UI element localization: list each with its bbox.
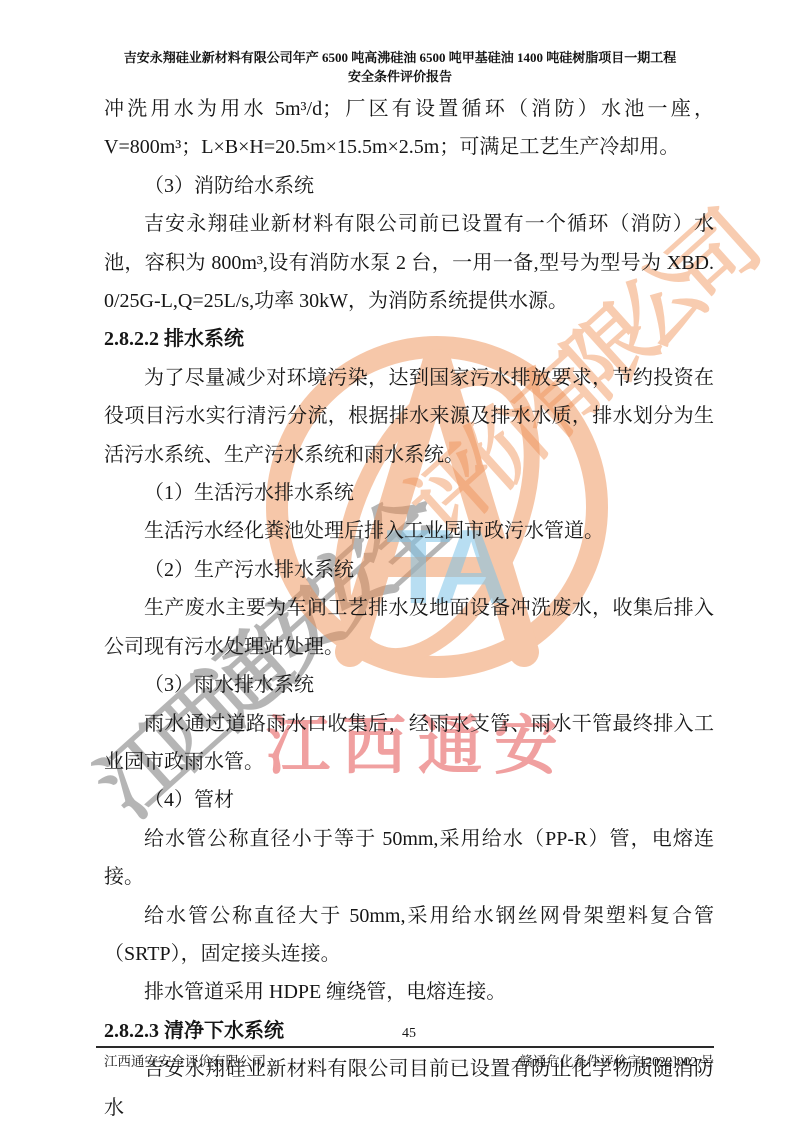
paragraph: 吉安永翔硅业新材料有限公司前已设置有一个循环（消防）水池，容积为 800m³,设… [104, 205, 714, 320]
paragraph: 为了尽量减少对环境污染，达到国家污水排放要求，节约投资在役项目污水实行清污分流，… [104, 359, 714, 474]
paragraph: 雨水通过道路雨水口收集后，经雨水支管、雨水干管最终排入工业园市政雨水管。 [104, 705, 714, 782]
header-project-title: 吉安永翔硅业新材料有限公司年产 6500 吨高沸硅油 6500 吨甲基硅油 14… [60, 48, 740, 67]
paragraph: 冲洗用水为用水 5m³/d；厂区有设置循环（消防）水池一座，V=800m³；L×… [104, 90, 714, 167]
page-number: 45 [104, 1025, 714, 1043]
paragraphs: 冲洗用水为用水 5m³/d；厂区有设置循环（消防）水池一座，V=800m³；L×… [104, 90, 714, 1127]
header-report-title: 安全条件评价报告 [60, 67, 740, 86]
paragraph: （3）消防给水系统 [104, 167, 714, 205]
paragraph: （3）雨水排水系统 [104, 666, 714, 704]
paragraph: 生活污水经化粪池处理后排入工业园市政污水管道。 [104, 512, 714, 550]
section-heading: 2.8.2.2 排水系统 [104, 320, 714, 358]
document-page: 江西通安安全评价有限公司 TA 江西通安 吉安永翔硅业新材料有限公司年产 650… [0, 0, 800, 1131]
paragraph: （4）管材 [104, 781, 714, 819]
footer-row: 江西通安安全评价有限公司 赣通危化条件评价字[2022]002 号 [104, 1052, 714, 1072]
paragraph: 排水管道采用 HDPE 缠绕管，电熔连接。 [104, 973, 714, 1011]
paragraph: 给水管公称直径小于等于 50mm,采用给水（PP-R）管，电熔连接。 [104, 820, 714, 897]
footer-rule [96, 1046, 714, 1048]
document-header: 吉安永翔硅业新材料有限公司年产 6500 吨高沸硅油 6500 吨甲基硅油 14… [60, 48, 740, 86]
paragraph: 生产废水主要为车间工艺排水及地面设备冲洗废水，收集后排入公司现有污水处理站处理。 [104, 589, 714, 666]
paragraph: （2）生产污水排水系统 [104, 551, 714, 589]
footer-company: 江西通安安全评价有限公司 [104, 1052, 266, 1072]
paragraph: （1）生活污水排水系统 [104, 474, 714, 512]
footer-doc-number: 赣通危化条件评价字[2022]002 号 [519, 1052, 714, 1072]
paragraph: 给水管公称直径大于 50mm,采用给水钢丝网骨架塑料复合管（SRTP），固定接头… [104, 897, 714, 974]
